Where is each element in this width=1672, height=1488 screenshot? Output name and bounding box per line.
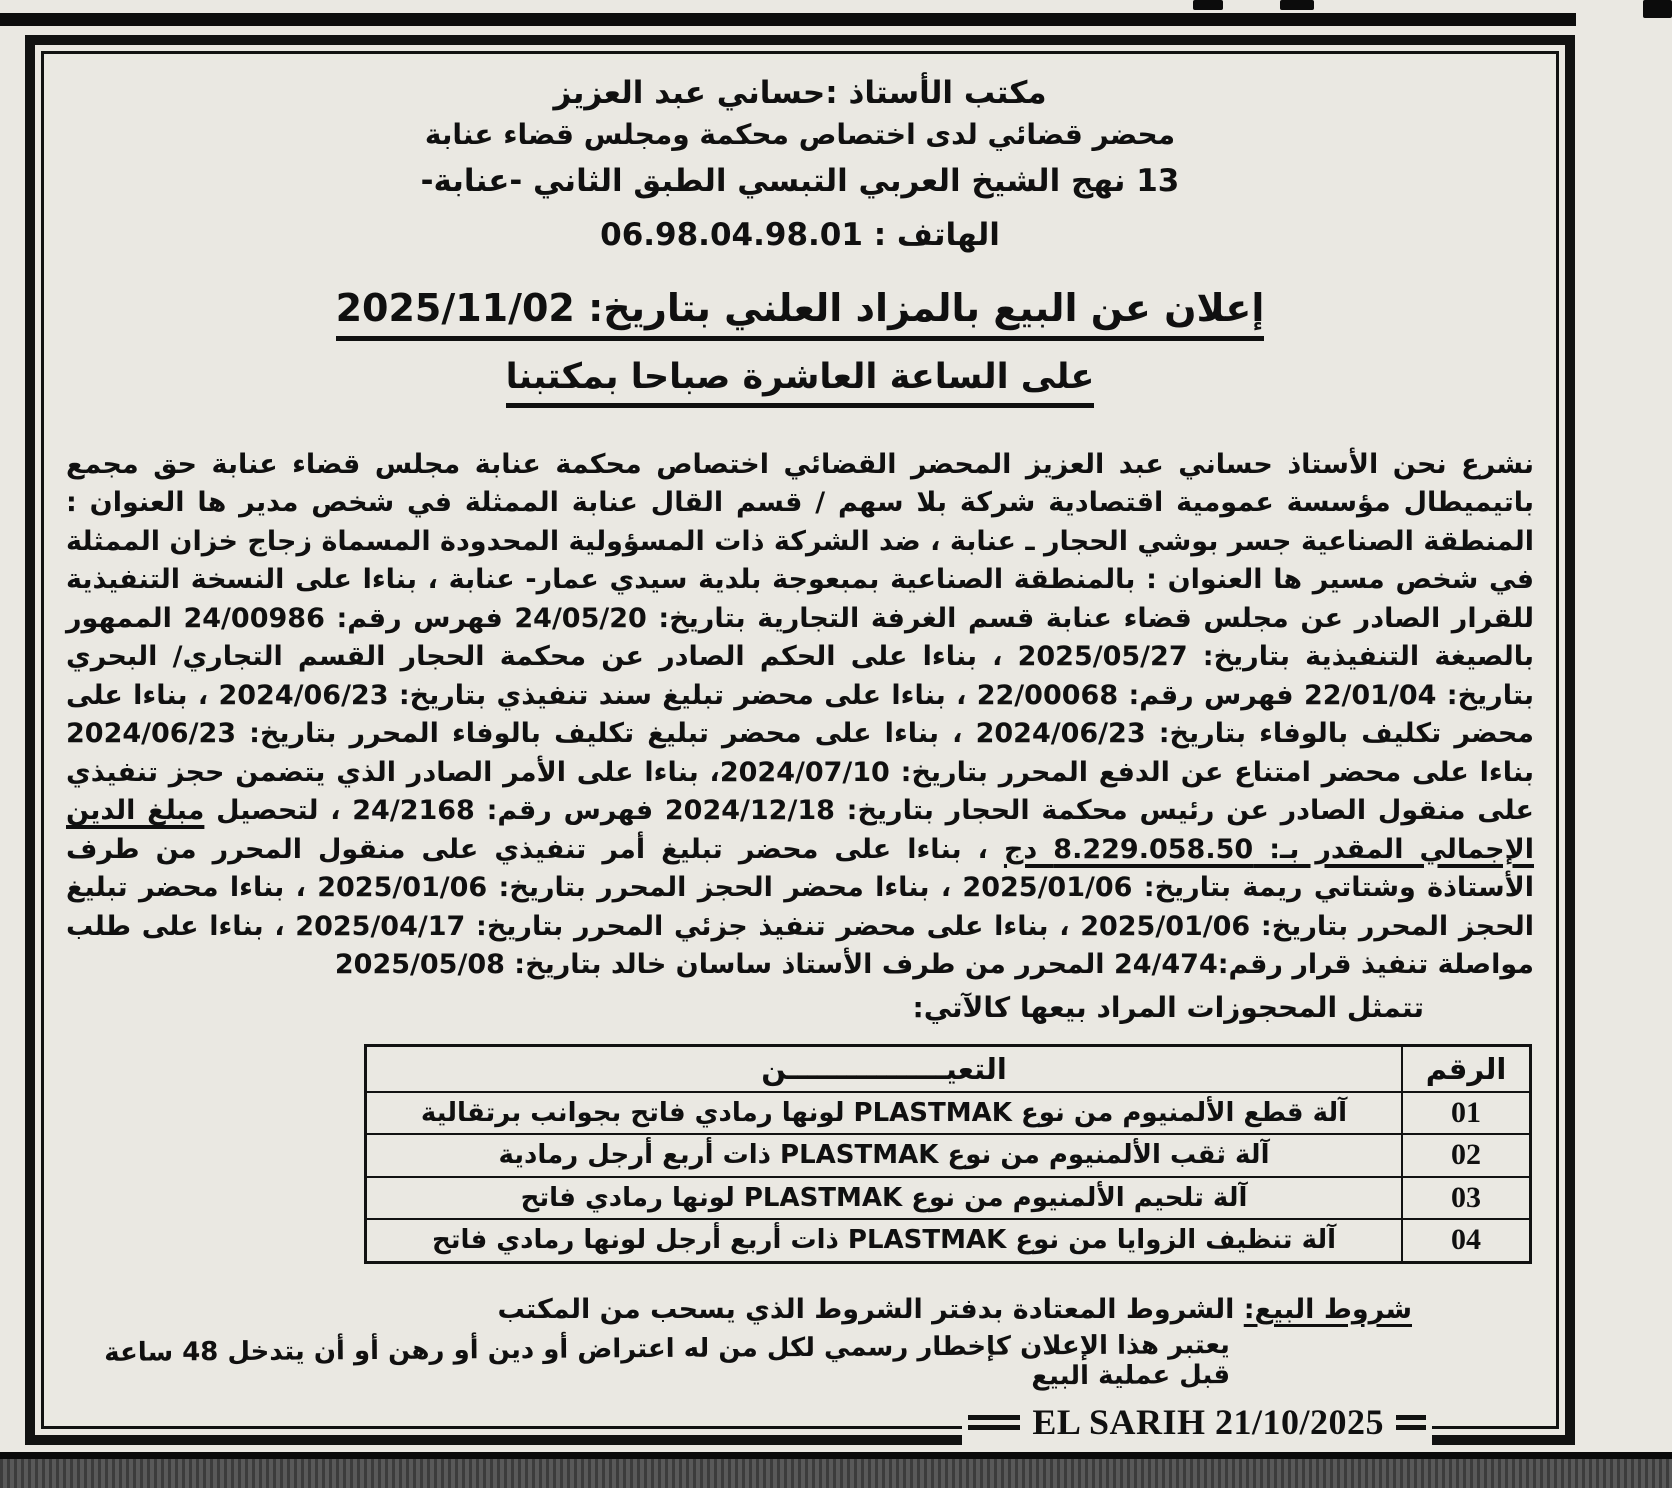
table-row: 02آلة ثقب الألمنيوم من نوع PLASTMAK ذات … — [366, 1134, 1531, 1177]
item-designation-cell: آلة تلحيم الألمنيوم من نوع PLASTMAK لونه… — [366, 1177, 1403, 1220]
auction-title-line1: إعلان عن البيع بالمزاد العلني بتاريخ: 20… — [60, 286, 1540, 341]
item-number-cell: 03 — [1402, 1177, 1531, 1220]
item-designation-cell: آلة قطع الألمنيوم من نوع PLASTMAK لونها … — [366, 1092, 1403, 1135]
item-number-cell: 02 — [1402, 1134, 1531, 1177]
item-designation-cell: آلة ثقب الألمنيوم من نوع PLASTMAK ذات أر… — [366, 1134, 1403, 1177]
bottom-page-strip — [0, 1452, 1672, 1488]
item-number-cell: 01 — [1402, 1092, 1531, 1135]
footer-double-rule-left — [968, 1415, 1020, 1430]
office-address-line: 13 نهج الشيخ العربي التبسي الطبق الثاني … — [60, 161, 1540, 201]
auction-title-line2: على الساعة العاشرة صباحا بمكتبنا — [60, 357, 1540, 416]
publication-footer: EL SARIH 21/10/2025 — [962, 1394, 1432, 1450]
sale-conditions-block: شروط البيع: الشروط المعتادة بدفتر الشروط… — [60, 1294, 1540, 1393]
notice-body-paragraph: نشرع نحن الأستاذ حساني عبد العزيز المحضر… — [66, 446, 1534, 985]
auction-title-line2-text: على الساعة العاشرة صباحا بمكتبنا — [506, 357, 1095, 408]
table-row: 01آلة قطع الألمنيوم من نوع PLASTMAK لونه… — [366, 1092, 1531, 1135]
notice-frame: مكتب الأستاذ :حساني عبد العزيز محضر قضائ… — [25, 35, 1575, 1445]
cutoff-print-fragment — [1193, 0, 1223, 10]
footer-double-rule-right — [1396, 1415, 1426, 1430]
auction-title-line1-text: إعلان عن البيع بالمزاد العلني بتاريخ: 20… — [336, 286, 1265, 341]
notice-content: مكتب الأستاذ :حساني عبد العزيز محضر قضائ… — [41, 51, 1559, 1429]
sale-conditions-text: الشروط المعتادة بدفتر الشروط الذي يسحب م… — [497, 1294, 1243, 1325]
cutoff-print-fragment — [1280, 0, 1314, 10]
table-header-number: الرقم — [1402, 1045, 1531, 1092]
item-designation-cell: آلة تنظيف الزوايا من نوع PLASTMAK ذات أر… — [366, 1219, 1403, 1262]
table-row: 03آلة تلحيم الألمنيوم من نوع PLASTMAK لو… — [366, 1177, 1531, 1220]
sale-conditions-label: شروط البيع: — [1244, 1294, 1412, 1325]
table-header-designation: التعيــــــــــــــــن — [366, 1045, 1403, 1092]
newspaper-scan-page: مكتب الأستاذ :حساني عبد العزيز محضر قضائ… — [0, 0, 1672, 1488]
item-number-cell: 04 — [1402, 1219, 1531, 1262]
body-segment: نشرع نحن الأستاذ حساني عبد العزيز المحضر… — [66, 449, 1534, 827]
table-header-row: الرقم التعيــــــــــــــــن — [366, 1045, 1531, 1092]
sale-conditions-line: شروط البيع: الشروط المعتادة بدفتر الشروط… — [60, 1294, 1540, 1325]
seized-items-table: الرقم التعيــــــــــــــــن 01آلة قطع ا… — [364, 1044, 1532, 1264]
cutoff-print-fragment — [1643, 0, 1672, 18]
top-divider-bar — [0, 13, 1576, 26]
official-notice-line: يعتبر هذا الإعلان كإخطار رسمي لكل من له … — [60, 1328, 1540, 1398]
table-row: 04آلة تنظيف الزوايا من نوع PLASTMAK ذات … — [366, 1219, 1531, 1262]
publication-name-date: EL SARIH 21/10/2025 — [1032, 1401, 1384, 1443]
seized-items-intro: تتمثل المحجوزات المراد بيعها كالآتي: — [60, 991, 1424, 1024]
phone-line: الهاتف : 06.98.04.98.01 — [60, 215, 1540, 255]
office-name-line: مكتب الأستاذ :حساني عبد العزيز — [60, 74, 1540, 113]
bailiff-title-line: محضر قضائي لدى اختصاص محكمة ومجلس قضاء ع… — [60, 117, 1540, 153]
